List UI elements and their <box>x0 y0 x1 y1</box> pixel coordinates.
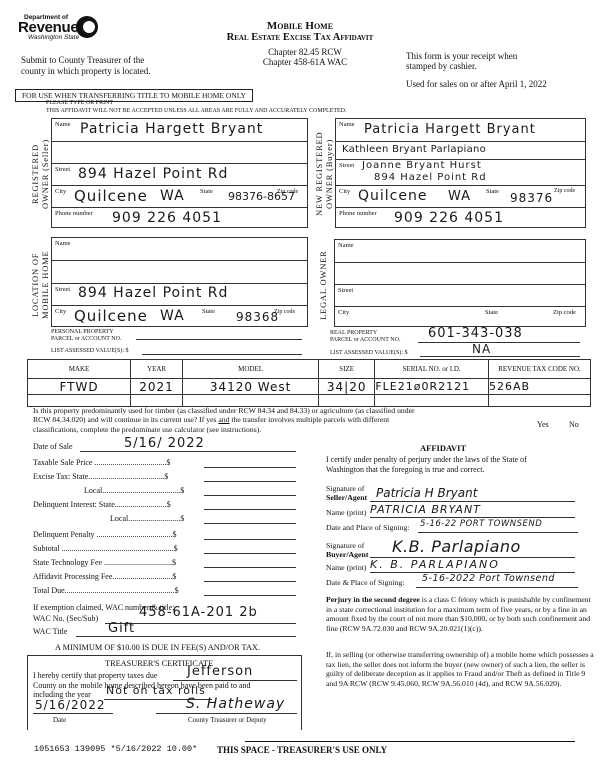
personal-assessed-input[interactable] <box>142 346 302 355</box>
type-or-print-note: PLEASE TYPE OR PRINT <box>46 100 113 106</box>
seller-city-row[interactable]: City Quilcene State WA Zip code 98376-86… <box>52 186 307 208</box>
location-city-row[interactable]: City Quilcene State WA Zip code 98368 <box>52 306 307 328</box>
real-assessed-value: NA <box>472 342 491 356</box>
affidavit-certify: I certify under penalty of perjury under… <box>326 455 596 474</box>
used-for-date-note: Used for sales on or after April 1, 2022 <box>406 79 547 89</box>
delinquent-interest-state-label: Delinquent Interest: State..............… <box>33 500 171 509</box>
location-box: Name Street 894 Hazel Point Rd City Quil… <box>51 237 308 327</box>
buyer-name-print-label: Name (print) <box>326 563 367 572</box>
legal-owner-section-label: LEGAL OWNER <box>318 240 328 330</box>
real-assessed-input[interactable]: NA <box>420 348 580 357</box>
buyer-name-value: Patricia Hargett Bryant <box>364 122 536 137</box>
logo-state-text: Washington State <box>28 34 79 41</box>
total-due-input[interactable] <box>204 586 296 596</box>
receipt-note: This form is your receipt when stamped b… <box>406 51 517 71</box>
seller-name-value: Patricia Hargett Bryant <box>80 121 263 137</box>
table-row[interactable]: FTWD 2021 34120 West 34|20 FLE21ø0R2121 … <box>28 379 591 395</box>
cashier-stamp: 1051653 139095 *5/16/2022 10.00* <box>34 744 197 754</box>
legal-name-row[interactable]: Name <box>335 240 585 263</box>
wac-title-label-text: WAC Title <box>33 627 67 636</box>
tax-code-cell[interactable]: 526AB <box>489 379 591 395</box>
serial-cell[interactable]: FLE21ø0R2121 <box>375 379 489 395</box>
state-label: State <box>202 308 215 315</box>
current-use-question: Is this property predominantly used for … <box>33 406 503 434</box>
excise-tax-state-label: Excise Tax: State.......................… <box>33 472 168 481</box>
minimum-due-note: A MINIMUM OF $10.00 IS DUE IN FEE(S) AND… <box>55 643 260 652</box>
form-title: Mobile Home Real Estate Excise Tax Affid… <box>190 20 410 43</box>
taxable-sale-price-input[interactable] <box>204 458 296 468</box>
personal-assessed-label: LIST ASSESSED VALUE(S): $ <box>51 348 129 354</box>
buyer-date-place-label: Date & Place of Signing: <box>326 578 404 587</box>
state-label: State <box>485 309 498 316</box>
treasurer-county-value: Jefferson <box>187 664 253 679</box>
phone-label: Phone number <box>339 210 377 217</box>
seller-state-value: WA <box>160 188 185 204</box>
wac-title-input[interactable]: Gift <box>76 627 296 637</box>
seller-name-print-value: PATRICIA BRYANT <box>370 503 481 516</box>
col-make: MAKE <box>28 360 131 379</box>
seller-date-place-value: 5-16-22 PORT TOWNSEND <box>420 519 542 529</box>
buyer-date-place-value: 5-16-2022 Port Townsend <box>422 573 555 584</box>
seller-signature-input[interactable]: Patricia H Bryant <box>370 490 575 502</box>
street-label: Street <box>339 162 354 169</box>
buyer-name2-value: Kathleen Bryant Parlapiano <box>342 144 486 155</box>
buyer-box: Name Patricia Hargett Bryant Kathleen Br… <box>335 118 586 228</box>
table-header-row: MAKE YEAR MODEL SIZE SERIAL NO. or I.D. … <box>28 360 591 379</box>
state-technology-fee-input[interactable] <box>204 558 296 568</box>
excise-tax-state-input[interactable] <box>204 472 296 482</box>
table-row-empty[interactable] <box>28 395 591 407</box>
name-label: Name <box>55 240 71 247</box>
location-city-value: Quilcene <box>74 307 148 325</box>
seller-signature-label: Signature of Seller/Agent <box>326 484 367 502</box>
seller-signature-value: Patricia H Bryant <box>376 486 477 500</box>
buyer-section-label: NEW REGISTERED OWNER (Buyer) <box>314 120 334 228</box>
treasurer-date-value: 5/16/2022 <box>35 698 106 712</box>
personal-property-label: PERSONAL PROPERTY PARCEL or ACCOUNT NO. <box>51 329 121 343</box>
delinquent-interest-state-input[interactable] <box>204 500 296 510</box>
state-label: State <box>486 188 499 195</box>
buyer-street-line1: Joanne Bryant Hurst <box>362 160 482 171</box>
name-label: Name <box>55 121 71 128</box>
buyer-name2-row[interactable]: Kathleen Bryant Parlapiano <box>336 142 585 160</box>
treasurer-signature-input[interactable]: S. Hatheway <box>156 702 297 714</box>
seller-section-label: REGISTERED OWNER (Seller) <box>30 120 50 228</box>
not-accepted-note: THIS AFFIDAVIT WILL NOT BE ACCEPTED UNLE… <box>46 108 347 114</box>
wac-no-label: WAC No. (Sec/Sub) <box>33 614 98 623</box>
wac-no-value: 458-61A-201 2b <box>139 605 258 620</box>
subtotal-label: Subtotal ...............................… <box>33 544 178 553</box>
location-state-value: WA <box>160 308 185 324</box>
buyer-phone-value: 909 226 4051 <box>394 210 504 226</box>
real-assessed-label: LIST ASSESSED VALUE(S): $ <box>330 350 408 356</box>
street-label: Street <box>55 286 70 293</box>
street-label: Street <box>55 166 70 173</box>
legal-street-row[interactable]: Street <box>335 285 585 307</box>
seller-name-row[interactable]: Name Patricia Hargett Bryant <box>52 119 307 142</box>
mobile-home-table: MAKE YEAR MODEL SIZE SERIAL NO. or I.D. … <box>27 359 591 407</box>
subtotal-input[interactable] <box>204 544 296 554</box>
seller-phone-row[interactable]: Phone number 909 226 4051 <box>52 208 307 229</box>
buyer-city-value: Quilcene <box>358 188 427 204</box>
seller-city-value: Quilcene <box>74 187 148 205</box>
buyer-signature-value: K.B. Parlapiano <box>392 537 521 556</box>
buyer-name-print-value: K. B. PARLAPIANO <box>370 558 500 571</box>
buyer-zip-value: 98376 <box>510 191 553 205</box>
legal-city-row[interactable]: City State Zip code <box>335 307 585 328</box>
location-street-row[interactable]: Street 894 Hazel Point Rd <box>52 284 307 306</box>
perjury-notice: Perjury in the second degree is a class … <box>326 595 596 633</box>
real-parcel-value: 601-343-038 <box>428 326 523 341</box>
seller-name-print-label: Name (print) <box>326 508 367 517</box>
dor-swirl-logo-icon <box>76 16 98 38</box>
legal-owner-box: Name Street City State Zip code <box>334 239 586 327</box>
buyer-street-line2: 894 Hazel Point Rd <box>374 172 487 183</box>
location-name-row[interactable]: Name <box>52 238 307 261</box>
name-label: Name <box>338 242 354 249</box>
buyer-name-print-input[interactable]: K. B. PARLAPIANO <box>370 563 575 573</box>
seller-name-print-input[interactable]: PATRICIA BRYANT <box>370 508 575 518</box>
excise-tax-local-label: Local...................................… <box>84 486 184 495</box>
date-of-sale-value: 5/16/ 2022 <box>124 436 205 451</box>
delinquent-penalty-label: Delinquent Penalty .....................… <box>33 530 177 539</box>
year-cell[interactable]: 2021 <box>131 379 183 395</box>
affidavit-processing-fee-input[interactable] <box>204 572 296 582</box>
logo-revenue-text: Revenue <box>18 21 78 34</box>
phone-label: Phone number <box>55 210 93 217</box>
buyer-name-row[interactable]: Name Patricia Hargett Bryant <box>336 119 585 142</box>
street-label: Street <box>338 287 353 294</box>
real-property-label: REAL PROPERTY PARCEL or ACCOUNT NO. <box>330 330 400 344</box>
treasurer-date-label: Date <box>53 716 66 724</box>
city-label: City <box>55 188 66 195</box>
tax-lien-notice: If, in selling (or otherwise transferrin… <box>326 650 596 688</box>
make-cell[interactable]: FTWD <box>28 379 131 395</box>
excise-tax-local-input[interactable] <box>204 486 296 496</box>
date-of-sale-input[interactable]: 5/16/ 2022 <box>80 442 296 452</box>
seller-phone-value: 909 226 4051 <box>112 210 222 226</box>
col-tax-code: REVENUE TAX CODE NO. <box>489 360 591 379</box>
buyer-state-value: WA <box>448 189 471 204</box>
seller-zip-value: 98376-8657 <box>228 190 295 203</box>
location-section-label: LOCATION OF MOBILE HOME <box>30 240 50 330</box>
col-size: SIZE <box>319 360 375 379</box>
current-use-no-option[interactable]: No <box>569 420 579 429</box>
treasurer-use-divider <box>245 741 575 742</box>
treasurer-use-only-label: THIS SPACE - TREASURER'S USE ONLY <box>217 745 387 755</box>
real-parcel-input[interactable]: 601-343-038 <box>418 333 580 343</box>
size-cell[interactable]: 34|20 <box>319 379 375 395</box>
buyer-date-place-input[interactable]: 5-16-2022 Port Townsend <box>416 578 578 588</box>
seller-name2-row[interactable] <box>52 142 307 164</box>
location-zip-value: 98368 <box>236 310 279 324</box>
zip-label: Zip code <box>554 188 575 194</box>
state-label: State <box>200 188 213 195</box>
legal-name2-row[interactable] <box>335 263 585 285</box>
col-year: YEAR <box>131 360 183 379</box>
seller-street-row[interactable]: Street 894 Hazel Point Rd <box>52 164 307 186</box>
buyer-signature-input[interactable]: K.B. Parlapiano <box>370 546 575 558</box>
treasurer-county-input[interactable]: Jefferson <box>173 671 297 681</box>
col-serial: SERIAL NO. or I.D. <box>375 360 489 379</box>
seller-date-place-label: Date and Place of Signing: <box>326 523 410 532</box>
city-label: City <box>55 308 66 315</box>
dor-logo: Department of Revenue Washington State <box>18 14 98 44</box>
location-name2-row[interactable] <box>52 261 307 284</box>
treasurer-signature-value: S. Hatheway <box>186 696 285 712</box>
delinquent-interest-local-input[interactable] <box>204 514 296 524</box>
seller-street-value: 894 Hazel Point Rd <box>78 166 228 182</box>
treasurer-certificate-box: TREASURER'S CERTIFICATE I hereby certify… <box>27 655 302 730</box>
zip-label: Zip code <box>553 309 576 316</box>
delinquent-penalty-input[interactable] <box>204 530 296 540</box>
model-cell[interactable]: 34120 West <box>183 379 319 395</box>
location-street-value: 894 Hazel Point Rd <box>78 285 228 301</box>
name-label: Name <box>339 121 355 128</box>
chapter-refs: Chapter 82.45 RCW Chapter 458-61A WAC <box>240 47 370 67</box>
submit-note: Submit to County Treasurer of the county… <box>21 55 150 77</box>
taxable-sale-price-label: Taxable Sale Price .....................… <box>33 458 170 467</box>
date-of-sale-label: Date of Sale <box>33 442 73 451</box>
col-model: MODEL <box>183 360 319 379</box>
personal-parcel-input[interactable] <box>136 331 302 340</box>
buyer-city-row[interactable]: City Quilcene State WA Zip code 98376 <box>336 186 585 208</box>
affidavit-title: AFFIDAVIT <box>420 443 466 453</box>
current-use-yes-option[interactable]: Yes <box>537 420 549 429</box>
treasurer-sig-label: County Treasurer or Deputy <box>188 716 267 724</box>
buyer-phone-row[interactable]: Phone number 909 226 4051 <box>336 208 585 229</box>
treasurer-date-input[interactable]: 5/16/2022 <box>33 702 113 714</box>
state-technology-fee-label: State Technology Fee ...................… <box>33 558 176 567</box>
seller-box: Name Patricia Hargett Bryant Street 894 … <box>51 118 308 228</box>
buyer-street-row[interactable]: Street Joanne Bryant Hurst 894 Hazel Poi… <box>336 160 585 186</box>
seller-date-place-input[interactable]: 5-16-22 PORT TOWNSEND <box>418 523 578 533</box>
treasurer-line1: I hereby certify that property taxes due <box>33 671 157 680</box>
total-due-label: Total Due...............................… <box>33 586 179 595</box>
buyer-signature-label: Signature of Buyer/Agent <box>326 541 368 559</box>
wac-title-value: Gift <box>108 621 135 636</box>
city-label: City <box>338 309 349 316</box>
affidavit-processing-fee-label: Affidavit Processing Fee................… <box>33 572 176 581</box>
city-label: City <box>339 188 350 195</box>
delinquent-interest-local-label: Local..........................$ <box>110 514 184 523</box>
